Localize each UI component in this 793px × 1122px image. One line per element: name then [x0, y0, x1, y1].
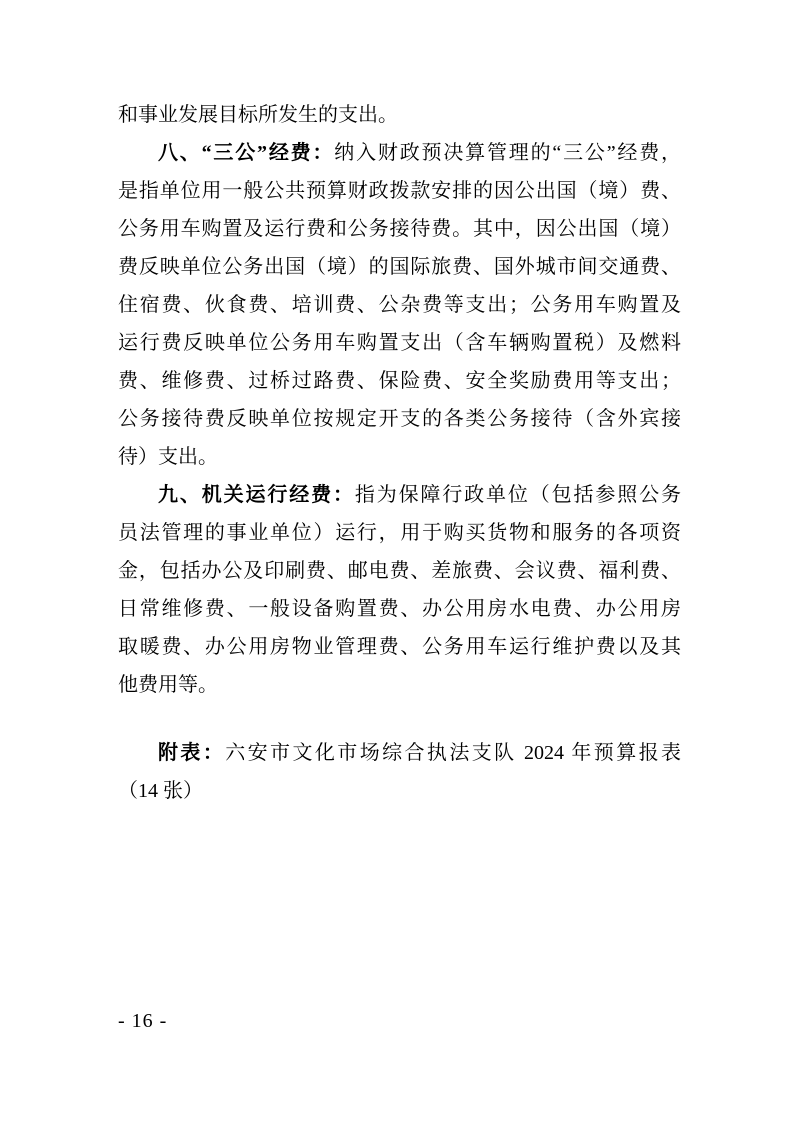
attachment-count-line: （14 张） — [118, 772, 681, 810]
attachment-label: 附表： — [158, 742, 225, 764]
paragraph-line: 他费用等。 — [118, 666, 681, 704]
section-8-heading: 八、“三公”经费： — [158, 142, 334, 164]
paragraph-line: 和事业发展目标所发生的支出。 — [118, 96, 681, 134]
paragraph-line: 日常维修费、一般设备购置费、办公用房水电费、办公用房 — [118, 590, 681, 628]
paragraph-line: 金，包括办公及印刷费、邮电费、差旅费、会议费、福利费、 — [118, 552, 681, 590]
attachment-text: 六安市文化市场综合执法支队 2024 年预算报表 — [225, 742, 681, 764]
document-body: 和事业发展目标所发生的支出。 八、“三公”经费：纳入财政预决算管理的“三公”经费… — [118, 96, 681, 810]
attachment-line: 附表：六安市文化市场综合执法支队 2024 年预算报表 — [118, 734, 681, 772]
paragraph-line: 住宿费、伙食费、培训费、公杂费等支出；公务用车购置及 — [118, 286, 681, 324]
paragraph-line: 九、机关运行经费：指为保障行政单位（包括参照公务 — [118, 476, 681, 514]
paragraph-line: 费反映单位公务出国（境）的国际旅费、国外城市间交通费、 — [118, 248, 681, 286]
page-number: - 16 - — [118, 1008, 167, 1034]
paragraph-line: 公务用车购置及运行费和公务接待费。其中，因公出国（境） — [118, 210, 681, 248]
paragraph-line: 员法管理的事业单位）运行，用于购买货物和服务的各项资 — [118, 514, 681, 552]
document-page: 和事业发展目标所发生的支出。 八、“三公”经费：纳入财政预决算管理的“三公”经费… — [0, 0, 793, 1122]
paragraph-line: 八、“三公”经费：纳入财政预决算管理的“三公”经费， — [118, 134, 681, 172]
paragraph-text: 指为保障行政单位（包括参照公务 — [355, 484, 681, 506]
paragraph-line: 是指单位用一般公共预算财政拨款安排的因公出国（境）费、 — [118, 172, 681, 210]
section-9-heading: 九、机关运行经费： — [158, 484, 355, 506]
paragraph-line: 待）支出。 — [118, 438, 681, 476]
paragraph-text: 纳入财政预决算管理的“三公”经费， — [334, 142, 681, 164]
paragraph-line: 费、维修费、过桥过路费、保险费、安全奖励费用等支出； — [118, 362, 681, 400]
paragraph-line: 公务接待费反映单位按规定开支的各类公务接待（含外宾接 — [118, 400, 681, 438]
paragraph-line: 取暖费、办公用房物业管理费、公务用车运行维护费以及其 — [118, 628, 681, 666]
paragraph-line: 运行费反映单位公务用车购置支出（含车辆购置税）及燃料 — [118, 324, 681, 362]
